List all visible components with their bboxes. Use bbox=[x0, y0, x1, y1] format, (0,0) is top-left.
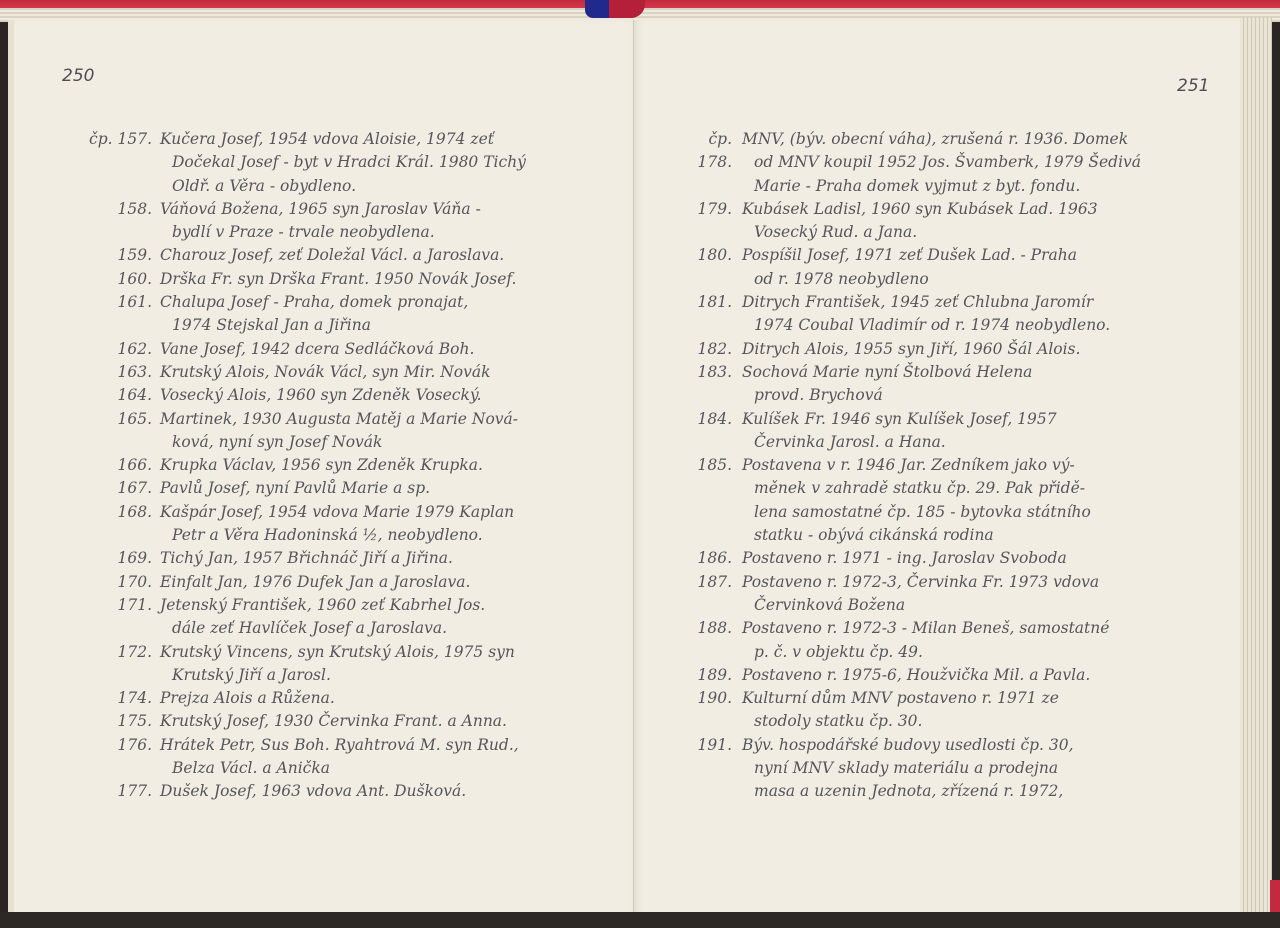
house-number: 167. bbox=[88, 477, 152, 500]
entry-text: Krutský Alois, Novák Václ, syn Mir. Nová… bbox=[160, 361, 624, 384]
entry-line: Pavlů Josef, nyní Pavlů Marie a sp. bbox=[160, 477, 624, 500]
page-number-right: 251 bbox=[1177, 76, 1209, 96]
entry-text: Sochová Marie nyní Štolbová Helenaprovd.… bbox=[742, 361, 1216, 408]
entry-text: Drška Fr. syn Drška Frant. 1950 Novák Jo… bbox=[160, 268, 624, 291]
entry-line: Býv. hospodářské budovy usedlosti čp. 30… bbox=[742, 734, 1216, 757]
entry-text: Martinek, 1930 Augusta Matěj a Marie Nov… bbox=[160, 408, 624, 455]
house-number: 187. bbox=[672, 571, 732, 594]
house-number: 176. bbox=[88, 734, 152, 757]
register-entry: 189.Postaveno r. 1975-6, Houžvička Mil. … bbox=[676, 664, 1216, 687]
register-entry: 171.Jetenský František, 1960 zeť Kabrhel… bbox=[94, 594, 624, 641]
entry-line: Dočekal Josef - byt v Hradci Král. 1980 … bbox=[160, 151, 624, 174]
register-entry: čp. 178.MNV, (býv. obecní váha), zrušená… bbox=[676, 128, 1216, 198]
entry-text: Kučera Josef, 1954 vdova Aloisie, 1974 z… bbox=[160, 128, 624, 198]
register-entry: 161.Chalupa Josef - Praha, domek pronaja… bbox=[94, 291, 624, 338]
register-entry: 182.Ditrych Alois, 1955 syn Jiří, 1960 Š… bbox=[676, 338, 1216, 361]
register-entry: 180.Pospíšil Josef, 1971 zeť Dušek Lad. … bbox=[676, 244, 1216, 291]
entry-line: provd. Brychová bbox=[742, 384, 1216, 407]
entry-line: Oldř. a Věra - obydleno. bbox=[160, 175, 624, 198]
house-number: 180. bbox=[672, 244, 732, 267]
entry-line: Kučera Josef, 1954 vdova Aloisie, 1974 z… bbox=[160, 128, 624, 151]
entry-line: nyní MNV sklady materiálu a prodejna bbox=[742, 757, 1216, 780]
entry-line: Kubásek Ladisl, 1960 syn Kubásek Lad. 19… bbox=[742, 198, 1216, 221]
register-entry: 190.Kulturní dům MNV postaveno r. 1971 z… bbox=[676, 687, 1216, 734]
house-number: čp. 178. bbox=[672, 128, 732, 175]
register-entry: 186.Postaveno r. 1971 - ing. Jaroslav Sv… bbox=[676, 547, 1216, 570]
entry-line: Postaveno r. 1972-3 - Milan Beneš, samos… bbox=[742, 617, 1216, 640]
house-number: 190. bbox=[672, 687, 732, 710]
register-entry: 158.Váňová Božena, 1965 syn Jaroslav Váň… bbox=[94, 198, 624, 245]
entry-text: Kulturní dům MNV postaveno r. 1971 zesto… bbox=[742, 687, 1216, 734]
left-page: 250 čp. 157.Kučera Josef, 1954 vdova Alo… bbox=[8, 20, 640, 915]
entry-line: Petr a Věra Hadoninská ½, neobydleno. bbox=[160, 524, 624, 547]
entry-text: Postaveno r. 1971 - ing. Jaroslav Svobod… bbox=[742, 547, 1216, 570]
register-entry: 170.Einfalt Jan, 1976 Dufek Jan a Jarosl… bbox=[94, 571, 624, 594]
entry-line: od MNV koupil 1952 Jos. Švamberk, 1979 Š… bbox=[742, 151, 1216, 174]
entry-text: Postaveno r. 1972-3, Červinka Fr. 1973 v… bbox=[742, 571, 1216, 618]
entry-line: Sochová Marie nyní Štolbová Helena bbox=[742, 361, 1216, 384]
register-entry: 188.Postaveno r. 1972-3 - Milan Beneš, s… bbox=[676, 617, 1216, 664]
entry-line: Krupka Václav, 1956 syn Zdeněk Krupka. bbox=[160, 454, 624, 477]
entry-text: Pospíšil Josef, 1971 zeť Dušek Lad. - Pr… bbox=[742, 244, 1216, 291]
entry-line: Pospíšil Josef, 1971 zeť Dušek Lad. - Pr… bbox=[742, 244, 1216, 267]
entry-line: Kašpár Josef, 1954 vdova Marie 1979 Kapl… bbox=[160, 501, 624, 524]
house-number: 182. bbox=[672, 338, 732, 361]
entry-line: ková, nyní syn Josef Novák bbox=[160, 431, 624, 454]
house-number: 189. bbox=[672, 664, 732, 687]
entry-line: Krutský Josef, 1930 Červinka Frant. a An… bbox=[160, 710, 624, 733]
entry-text: Tichý Jan, 1957 Břichnáč Jiří a Jiřina. bbox=[160, 547, 624, 570]
house-number: 179. bbox=[672, 198, 732, 221]
entry-line: Vane Josef, 1942 dcera Sedláčková Boh. bbox=[160, 338, 624, 361]
entry-line: od r. 1978 neobydleno bbox=[742, 268, 1216, 291]
register-entry: 168.Kašpár Josef, 1954 vdova Marie 1979 … bbox=[94, 501, 624, 548]
entry-line: Váňová Božena, 1965 syn Jaroslav Váňa - bbox=[160, 198, 624, 221]
entry-text: Váňová Božena, 1965 syn Jaroslav Váňa -b… bbox=[160, 198, 624, 245]
entry-text: Krupka Václav, 1956 syn Zdeněk Krupka. bbox=[160, 454, 624, 477]
house-number: 175. bbox=[88, 710, 152, 733]
entry-text: Postavena v r. 1946 Jar. Zedníkem jako v… bbox=[742, 454, 1216, 547]
entry-line: měnek v zahradě statku čp. 29. Pak přidě… bbox=[742, 477, 1216, 500]
entry-text: Vosecký Alois, 1960 syn Zdeněk Vosecký. bbox=[160, 384, 624, 407]
entry-line: Červinka Jarosl. a Hana. bbox=[742, 431, 1216, 454]
entry-line: Krutský Vincens, syn Krutský Alois, 1975… bbox=[160, 641, 624, 664]
entry-line: Postaveno r. 1975-6, Houžvička Mil. a Pa… bbox=[742, 664, 1216, 687]
table-surface bbox=[0, 912, 1280, 928]
entry-text: Charouz Josef, zeť Doležal Václ. a Jaros… bbox=[160, 244, 624, 267]
entry-line: Vosecký Rud. a Jana. bbox=[742, 221, 1216, 244]
entry-text: Hrátek Petr, Sus Boh. Ryahtrová M. syn R… bbox=[160, 734, 624, 781]
entry-line: Chalupa Josef - Praha, domek pronajat, bbox=[160, 291, 624, 314]
entry-line: bydlí v Praze - trvale neobydlena. bbox=[160, 221, 624, 244]
house-register-list-right: čp. 178.MNV, (býv. obecní váha), zrušená… bbox=[676, 128, 1216, 804]
entry-line: Charouz Josef, zeť Doležal Václ. a Jaros… bbox=[160, 244, 624, 267]
entry-line: Jetenský František, 1960 zeť Kabrhel Jos… bbox=[160, 594, 624, 617]
register-entry: 175.Krutský Josef, 1930 Červinka Frant. … bbox=[94, 710, 624, 733]
entry-line: Marie - Praha domek vyjmut z byt. fondu. bbox=[742, 175, 1216, 198]
entry-text: Dušek Josef, 1963 vdova Ant. Dušková. bbox=[160, 780, 624, 803]
right-page: 251 čp. 178.MNV, (býv. obecní váha), zru… bbox=[634, 20, 1240, 915]
page-edges-right bbox=[1240, 18, 1272, 916]
house-number: 162. bbox=[88, 338, 152, 361]
entry-line: Ditrych Alois, 1955 syn Jiří, 1960 Šál A… bbox=[742, 338, 1216, 361]
entry-line: Drška Fr. syn Drška Frant. 1950 Novák Jo… bbox=[160, 268, 624, 291]
register-entry: 160.Drška Fr. syn Drška Frant. 1950 Nová… bbox=[94, 268, 624, 291]
entry-line: lena samostatné čp. 185 - bytovka státní… bbox=[742, 501, 1216, 524]
house-number: 161. bbox=[88, 291, 152, 314]
house-number: 164. bbox=[88, 384, 152, 407]
register-entry: 163.Krutský Alois, Novák Václ, syn Mir. … bbox=[94, 361, 624, 384]
register-entry: 181.Ditrych František, 1945 zeť Chlubna … bbox=[676, 291, 1216, 338]
entry-text: Krutský Vincens, syn Krutský Alois, 1975… bbox=[160, 641, 624, 688]
register-entry: 187.Postaveno r. 1972-3, Červinka Fr. 19… bbox=[676, 571, 1216, 618]
entry-line: Prejza Alois a Růžena. bbox=[160, 687, 624, 710]
entry-text: Postaveno r. 1975-6, Houžvička Mil. a Pa… bbox=[742, 664, 1216, 687]
entry-text: Kašpár Josef, 1954 vdova Marie 1979 Kapl… bbox=[160, 501, 624, 548]
house-number: 174. bbox=[88, 687, 152, 710]
entry-text: Pavlů Josef, nyní Pavlů Marie a sp. bbox=[160, 477, 624, 500]
register-entry: 167.Pavlů Josef, nyní Pavlů Marie a sp. bbox=[94, 477, 624, 500]
entry-line: Dušek Josef, 1963 vdova Ant. Dušková. bbox=[160, 780, 624, 803]
entry-line: Ditrych František, 1945 zeť Chlubna Jaro… bbox=[742, 291, 1216, 314]
entry-line: Červinková Božena bbox=[742, 594, 1216, 617]
house-number: 169. bbox=[88, 547, 152, 570]
house-number: 160. bbox=[88, 268, 152, 291]
entry-line: masa a uzenin Jednota, zřízená r. 1972, bbox=[742, 780, 1216, 803]
register-entry: 162.Vane Josef, 1942 dcera Sedláčková Bo… bbox=[94, 338, 624, 361]
house-number: 184. bbox=[672, 408, 732, 431]
register-entry: 169.Tichý Jan, 1957 Břichnáč Jiří a Jiři… bbox=[94, 547, 624, 570]
entry-text: Býv. hospodářské budovy usedlosti čp. 30… bbox=[742, 734, 1216, 804]
house-number: čp. 157. bbox=[88, 128, 152, 151]
house-number: 172. bbox=[88, 641, 152, 664]
entry-line: p. č. v objektu čp. 49. bbox=[742, 641, 1216, 664]
house-number: 170. bbox=[88, 571, 152, 594]
entry-line: Postavena v r. 1946 Jar. Zedníkem jako v… bbox=[742, 454, 1216, 477]
entry-line: MNV, (býv. obecní váha), zrušená r. 1936… bbox=[742, 128, 1216, 151]
entry-line: Tichý Jan, 1957 Břichnáč Jiří a Jiřina. bbox=[160, 547, 624, 570]
entry-line: Hrátek Petr, Sus Boh. Ryahtrová M. syn R… bbox=[160, 734, 624, 757]
register-entry: 184.Kulíšek Fr. 1946 syn Kulíšek Josef, … bbox=[676, 408, 1216, 455]
entry-line: dále zeť Havlíček Josef a Jaroslava. bbox=[160, 617, 624, 640]
house-number: 191. bbox=[672, 734, 732, 757]
register-entry: 179.Kubásek Ladisl, 1960 syn Kubásek Lad… bbox=[676, 198, 1216, 245]
entry-text: Vane Josef, 1942 dcera Sedláčková Boh. bbox=[160, 338, 624, 361]
register-entry: 176.Hrátek Petr, Sus Boh. Ryahtrová M. s… bbox=[94, 734, 624, 781]
house-register-list-left: čp. 157.Kučera Josef, 1954 vdova Aloisie… bbox=[94, 128, 624, 804]
entry-text: Kulíšek Fr. 1946 syn Kulíšek Josef, 1957… bbox=[742, 408, 1216, 455]
register-entry: 174.Prejza Alois a Růžena. bbox=[94, 687, 624, 710]
register-entry: čp. 157.Kučera Josef, 1954 vdova Aloisie… bbox=[94, 128, 624, 198]
entry-line: Einfalt Jan, 1976 Dufek Jan a Jaroslava. bbox=[160, 571, 624, 594]
entry-line: Krutský Alois, Novák Václ, syn Mir. Nová… bbox=[160, 361, 624, 384]
register-entry: 172.Krutský Vincens, syn Krutský Alois, … bbox=[94, 641, 624, 688]
entry-text: MNV, (býv. obecní váha), zrušená r. 1936… bbox=[742, 128, 1216, 198]
entry-text: Prejza Alois a Růžena. bbox=[160, 687, 624, 710]
entry-line: Vosecký Alois, 1960 syn Zdeněk Vosecký. bbox=[160, 384, 624, 407]
entry-text: Chalupa Josef - Praha, domek pronajat,19… bbox=[160, 291, 624, 338]
register-entry: 183.Sochová Marie nyní Štolbová Helenapr… bbox=[676, 361, 1216, 408]
entry-line: Postaveno r. 1971 - ing. Jaroslav Svobod… bbox=[742, 547, 1216, 570]
house-number: 166. bbox=[88, 454, 152, 477]
entry-line: stodoly statku čp. 30. bbox=[742, 710, 1216, 733]
bookmark-ribbon bbox=[585, 0, 645, 18]
house-number: 163. bbox=[88, 361, 152, 384]
register-entry: 177.Dušek Josef, 1963 vdova Ant. Dušková… bbox=[94, 780, 624, 803]
house-number: 177. bbox=[88, 780, 152, 803]
register-entry: 159.Charouz Josef, zeť Doležal Václ. a J… bbox=[94, 244, 624, 267]
house-number: 185. bbox=[672, 454, 732, 477]
entry-text: Ditrych Alois, 1955 syn Jiří, 1960 Šál A… bbox=[742, 338, 1216, 361]
entry-text: Einfalt Jan, 1976 Dufek Jan a Jaroslava. bbox=[160, 571, 624, 594]
register-entry: 164.Vosecký Alois, 1960 syn Zdeněk Vosec… bbox=[94, 384, 624, 407]
house-number: 158. bbox=[88, 198, 152, 221]
register-entry: 185.Postavena v r. 1946 Jar. Zedníkem ja… bbox=[676, 454, 1216, 547]
register-entry: 165.Martinek, 1930 Augusta Matěj a Marie… bbox=[94, 408, 624, 455]
entry-line: Martinek, 1930 Augusta Matěj a Marie Nov… bbox=[160, 408, 624, 431]
entry-line: Postaveno r. 1972-3, Červinka Fr. 1973 v… bbox=[742, 571, 1216, 594]
house-number: 186. bbox=[672, 547, 732, 570]
entry-text: Krutský Josef, 1930 Červinka Frant. a An… bbox=[160, 710, 624, 733]
entry-line: 1974 Coubal Vladimír od r. 1974 neobydle… bbox=[742, 314, 1216, 337]
entry-text: Jetenský František, 1960 zeť Kabrhel Jos… bbox=[160, 594, 624, 641]
entry-line: Kulturní dům MNV postaveno r. 1971 ze bbox=[742, 687, 1216, 710]
entry-line: Kulíšek Fr. 1946 syn Kulíšek Josef, 1957 bbox=[742, 408, 1216, 431]
house-number: 183. bbox=[672, 361, 732, 384]
entry-text: Kubásek Ladisl, 1960 syn Kubásek Lad. 19… bbox=[742, 198, 1216, 245]
house-number: 181. bbox=[672, 291, 732, 314]
entry-line: 1974 Stejskal Jan a Jiřina bbox=[160, 314, 624, 337]
entry-line: Belza Václ. a Anička bbox=[160, 757, 624, 780]
house-number: 159. bbox=[88, 244, 152, 267]
house-number: 168. bbox=[88, 501, 152, 524]
register-entry: 166.Krupka Václav, 1956 syn Zdeněk Krupk… bbox=[94, 454, 624, 477]
entry-line: Krutský Jiří a Jarosl. bbox=[160, 664, 624, 687]
entry-text: Postaveno r. 1972-3 - Milan Beneš, samos… bbox=[742, 617, 1216, 664]
entry-line: statku - obývá cikánská rodina bbox=[742, 524, 1216, 547]
house-number: 171. bbox=[88, 594, 152, 617]
house-number: 165. bbox=[88, 408, 152, 431]
house-number: 188. bbox=[672, 617, 732, 640]
entry-text: Ditrych František, 1945 zeť Chlubna Jaro… bbox=[742, 291, 1216, 338]
page-number-left: 250 bbox=[62, 66, 94, 86]
register-entry: 191.Býv. hospodářské budovy usedlosti čp… bbox=[676, 734, 1216, 804]
